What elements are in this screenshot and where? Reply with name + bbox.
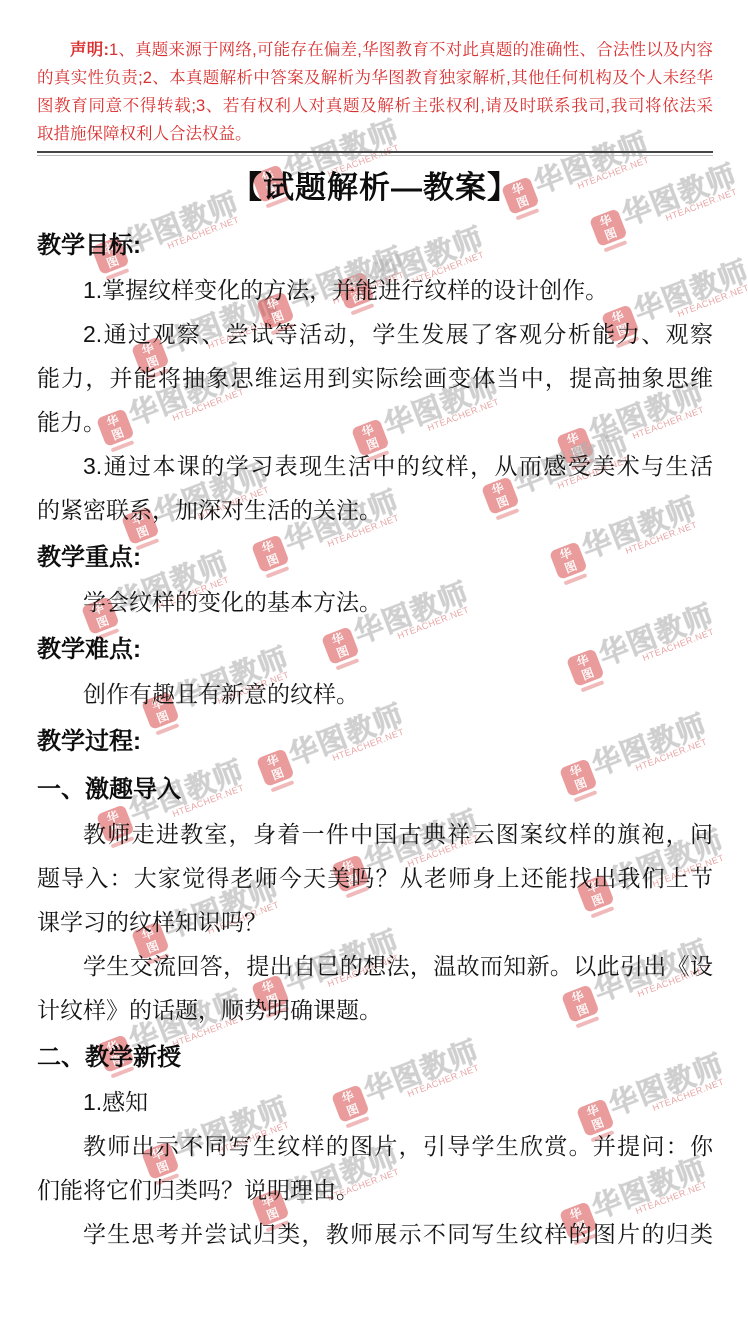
disclaimer-line: 的真实性负责;2、本真题解析中答案及解析为华图教育独家解析,其他任何机构及个人未… <box>37 64 713 92</box>
paragraph-line: 计纹样》的话题，顺势明确课题。 <box>37 988 713 1032</box>
paragraph: 教师出示不同写生纹样的图片，引导学生欣赏。并提问：你们能将它们归类吗？说明理由。 <box>37 1124 713 1212</box>
disclaimer: 声明:1、真题来源于网络,可能存在偏差,华图教育不对此真题的准确性、合法性以及内… <box>37 36 713 148</box>
page-title: 【试题解析—教案】 <box>37 168 713 208</box>
paragraph-line: 2.通过观察、尝试等活动，学生发展了客观分析能力、观察 <box>37 312 713 356</box>
paragraph: 1.掌握纹样变化的方法，并能进行纹样的设计创作。 <box>37 268 713 312</box>
paragraph-line: 创作有趣且有新意的纹样。 <box>37 672 713 716</box>
disclaimer-line: 声明:1、真题来源于网络,可能存在偏差,华图教育不对此真题的准确性、合法性以及内… <box>37 36 713 64</box>
document-body: 教学目标:1.掌握纹样变化的方法，并能进行纹样的设计创作。2.通过观察、尝试等活… <box>37 224 713 1256</box>
paragraph: 学会纹样的变化的基本方法。 <box>37 580 713 624</box>
paragraph: 2.通过观察、尝试等活动，学生发展了客观分析能力、观察能力，并能将抽象思维运用到… <box>37 312 713 444</box>
paragraph: 创作有趣且有新意的纹样。 <box>37 672 713 716</box>
horizontal-divider <box>37 151 713 156</box>
paragraph-line: 能力。 <box>37 400 713 444</box>
paragraph-line: 能力，并能将抽象思维运用到实际绘画变体当中，提高抽象思维 <box>37 356 713 400</box>
document-content: 声明:1、真题来源于网络,可能存在偏差,华图教育不对此真题的准确性、合法性以及内… <box>0 36 748 1256</box>
disclaimer-line: 图教育同意不得转载;3、若有权利人对真题及解析主张权利,请及时联系我司,我司将依… <box>37 92 713 120</box>
paragraph-line: 们能将它们归类吗？说明理由。 <box>37 1168 713 1212</box>
paragraph-line: 3.通过本课的学习表现生活中的纹样，从而感受美术与生活 <box>37 444 713 488</box>
section-heading: 教学目标: <box>37 224 713 268</box>
disclaimer-label: 声明: <box>70 41 109 59</box>
paragraph-line: 1.掌握纹样变化的方法，并能进行纹样的设计创作。 <box>37 268 713 312</box>
paragraph-line: 学生交流回答，提出自己的想法，温故而知新。以此引出《设 <box>37 944 713 988</box>
document-page: 华图华图教师HTEACHER.NET华图华图教师HTEACHER.NET华图华图… <box>0 0 748 1335</box>
paragraph-line: 教师出示不同写生纹样的图片，引导学生欣赏。并提问：你 <box>37 1124 713 1168</box>
section-heading: 教学难点: <box>37 628 713 672</box>
paragraph-line: 学生思考并尝试归类，教师展示不同写生纹样的图片的归类 <box>37 1212 713 1256</box>
paragraph: 教师走进教室，身着一件中国古典祥云图案纹样的旗袍，问题导入：大家觉得老师今天美吗… <box>37 812 713 944</box>
disclaimer-line: 取措施保障权利人合法权益。 <box>37 120 713 148</box>
section-heading: 教学重点: <box>37 536 713 580</box>
section-heading: 教学过程: <box>37 720 713 764</box>
sub-heading: 一、激趣导入 <box>37 768 713 812</box>
paragraph: 学生交流回答，提出自己的想法，温故而知新。以此引出《设计纹样》的话题，顺势明确课… <box>37 944 713 1032</box>
paragraph-line: 课学习的纹样知识吗？ <box>37 900 713 944</box>
sub-heading: 二、教学新授 <box>37 1036 713 1080</box>
paragraph: 学生思考并尝试归类，教师展示不同写生纹样的图片的归类 <box>37 1212 713 1256</box>
paragraph-line: 的紧密联系，加深对生活的关注。 <box>37 488 713 532</box>
paragraph-line: 学会纹样的变化的基本方法。 <box>37 580 713 624</box>
paragraph-line: 题导入：大家觉得老师今天美吗？从老师身上还能找出我们上节 <box>37 856 713 900</box>
paragraph: 3.通过本课的学习表现生活中的纹样，从而感受美术与生活的紧密联系，加深对生活的关… <box>37 444 713 532</box>
paragraph: 1.感知 <box>37 1080 713 1124</box>
paragraph-line: 1.感知 <box>37 1080 713 1124</box>
paragraph-line: 教师走进教室，身着一件中国古典祥云图案纹样的旗袍，问 <box>37 812 713 856</box>
